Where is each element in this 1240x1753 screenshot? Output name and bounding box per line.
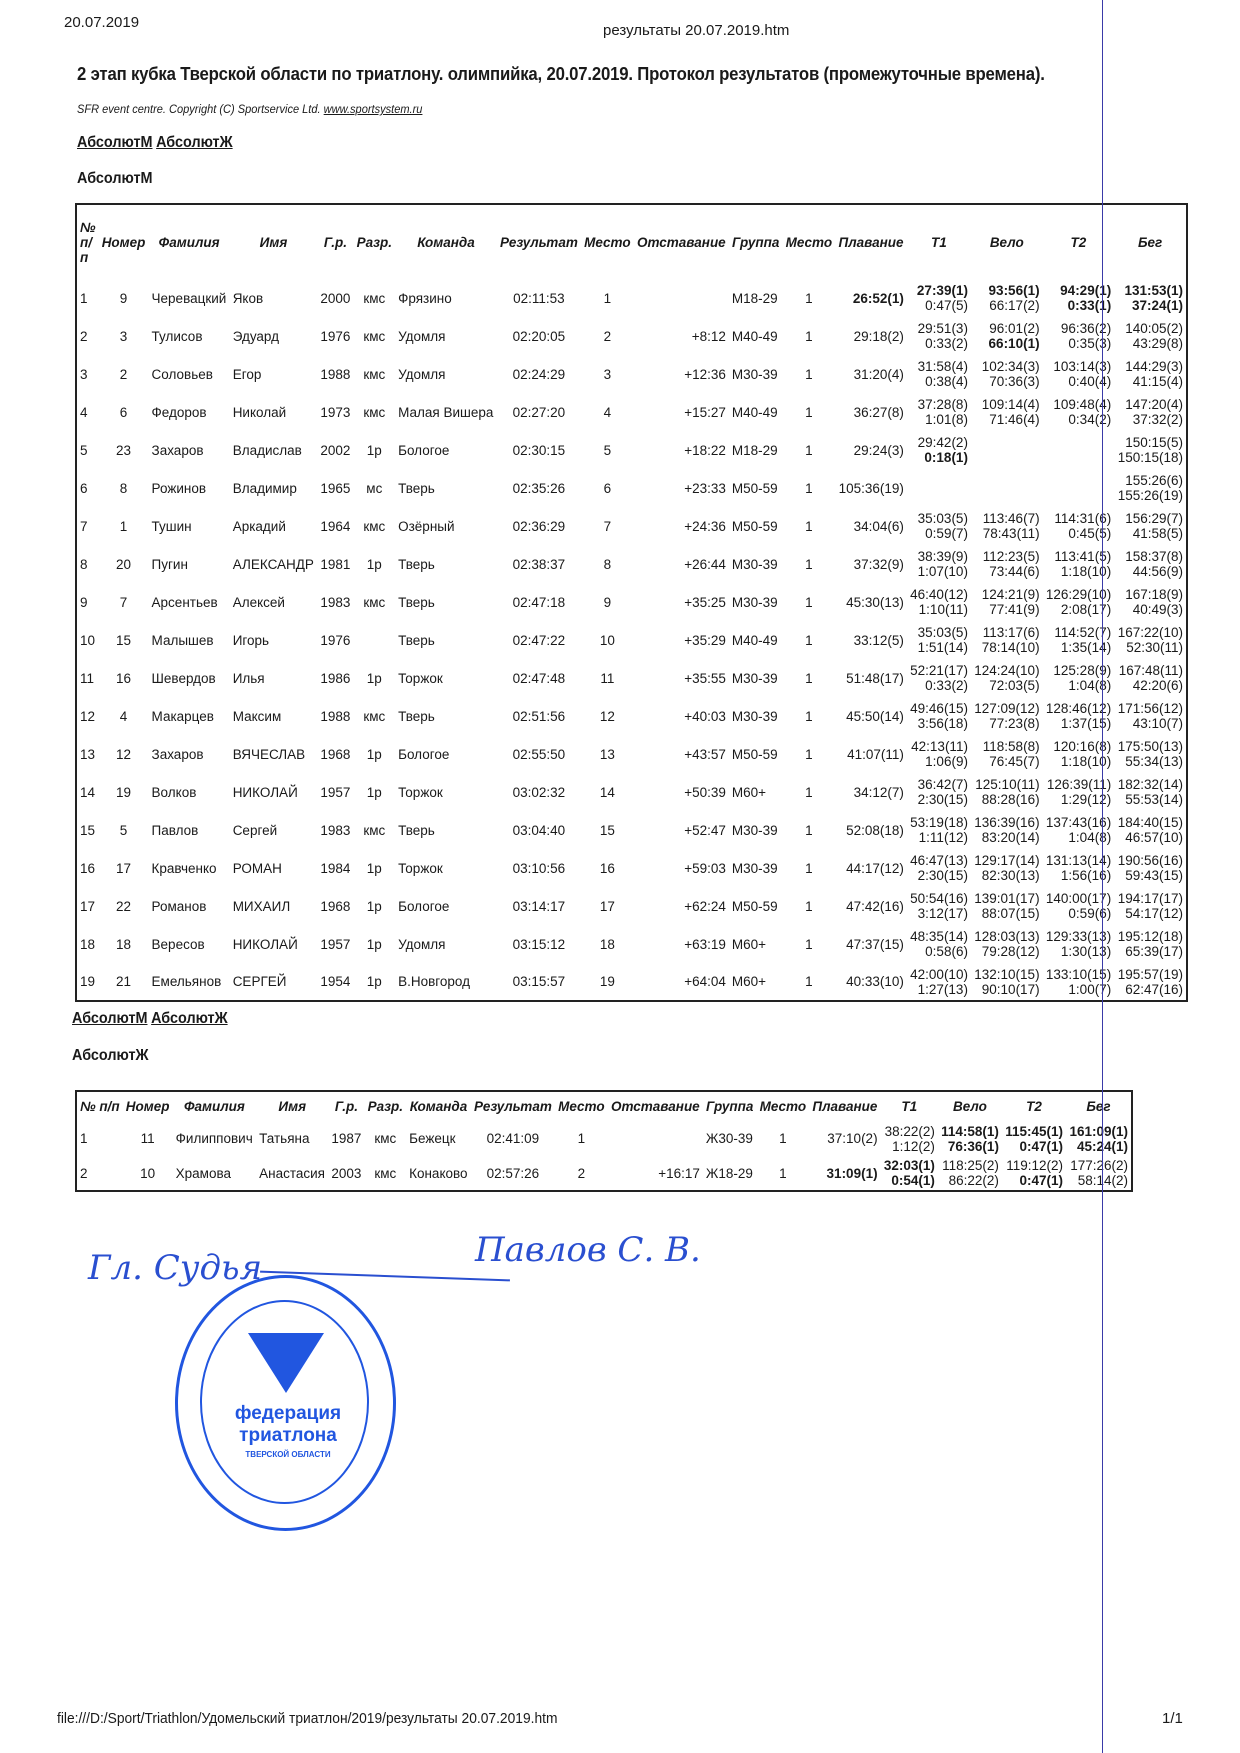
cell-yob: 1957 bbox=[317, 773, 353, 811]
cell-yob: 2003 bbox=[328, 1156, 364, 1191]
cell-run: 150:15(5)150:15(18) bbox=[1114, 431, 1187, 469]
cell-run: 167:22(10)52:30(11) bbox=[1114, 621, 1187, 659]
cell-swim: 47:42(16) bbox=[835, 887, 907, 925]
cell-t2: 119:12(2)0:47(1) bbox=[1002, 1156, 1066, 1191]
column-header: Номер bbox=[99, 204, 149, 279]
cell-gap: +59:03 bbox=[634, 849, 729, 887]
cell-last: Соловьев bbox=[149, 355, 230, 393]
column-header: Бег bbox=[1114, 204, 1187, 279]
cell-t1: 35:03(5)1:51(14) bbox=[907, 621, 971, 659]
cell-rank: 1р bbox=[354, 887, 396, 925]
cell-gplace: 1 bbox=[783, 545, 836, 583]
cell-group: M30-39 bbox=[729, 849, 783, 887]
cell-swim: 26:52(1) bbox=[835, 279, 907, 317]
cell-rank: 1р bbox=[354, 659, 396, 697]
cell-place: 2 bbox=[581, 317, 634, 355]
nav-link-absolute-w[interactable]: АбсолютЖ bbox=[151, 1010, 228, 1027]
results-table-women: № п/пНомерФамилияИмяГ.р.Разр.КомандаРезу… bbox=[75, 1090, 1133, 1192]
cell-last: Захаров bbox=[149, 431, 230, 469]
cell-group: M50-59 bbox=[729, 469, 783, 507]
cell-rank: 1р bbox=[354, 925, 396, 963]
cell-last: Храмова bbox=[173, 1156, 256, 1191]
cell-yob: 1984 bbox=[317, 849, 353, 887]
sportsystem-link[interactable]: www.sportsystem.ru bbox=[324, 102, 423, 116]
cell-swim: 31:20(4) bbox=[835, 355, 907, 393]
copyright: SFR event centre. Copyright (C) Sportser… bbox=[77, 102, 422, 116]
cell-group: M40-49 bbox=[729, 621, 783, 659]
nav-link-absolute-w[interactable]: АбсолютЖ bbox=[156, 134, 233, 151]
cell-first: Яков bbox=[230, 279, 318, 317]
cell-swim: 41:07(11) bbox=[835, 735, 907, 773]
table-row: 1722РомановМИХАИЛ19681рБологое03:14:1717… bbox=[76, 887, 1187, 925]
cell-first: Сергей bbox=[230, 811, 318, 849]
cell-team: Тверь bbox=[395, 697, 497, 735]
cell-t1: 36:42(7)2:30(15) bbox=[907, 773, 971, 811]
cell-bib: 3 bbox=[99, 317, 149, 355]
cell-gplace: 1 bbox=[783, 431, 836, 469]
cell-t2: 125:28(9)1:04(8) bbox=[1043, 659, 1115, 697]
cell-bike: 113:17(6)78:14(10) bbox=[971, 621, 1043, 659]
cell-first: Анастасия bbox=[256, 1156, 328, 1191]
cell-run: 171:56(12)43:10(7) bbox=[1114, 697, 1187, 735]
column-header: Отставание bbox=[634, 204, 729, 279]
cell-run: 144:29(3)41:15(4) bbox=[1114, 355, 1187, 393]
cell-first: РОМАН bbox=[230, 849, 318, 887]
nav-link-absolute-m[interactable]: АбсолютМ bbox=[77, 134, 153, 151]
cell-bike bbox=[971, 469, 1043, 507]
cell-group: M50-59 bbox=[729, 887, 783, 925]
cell-n: 15 bbox=[76, 811, 99, 849]
table-row: 68РожиновВладимир1965мсТверь02:35:266+23… bbox=[76, 469, 1187, 507]
column-header: Имя bbox=[256, 1091, 328, 1121]
cell-place: 1 bbox=[555, 1121, 608, 1156]
cell-bike bbox=[971, 431, 1043, 469]
column-header: Место bbox=[555, 1091, 608, 1121]
cell-rank: кмс bbox=[354, 393, 396, 431]
cell-run: 156:29(7)41:58(5) bbox=[1114, 507, 1187, 545]
cell-team: Бологое bbox=[395, 887, 497, 925]
cell-swim: 45:30(13) bbox=[835, 583, 907, 621]
table-row: 1419ВолковНИКОЛАЙ19571рТоржок03:02:3214+… bbox=[76, 773, 1187, 811]
cell-first: Алексей bbox=[230, 583, 318, 621]
cell-bib: 1 bbox=[99, 507, 149, 545]
cell-bib: 15 bbox=[99, 621, 149, 659]
cell-last: Кравченко bbox=[149, 849, 230, 887]
cell-t1: 50:54(16)3:12(17) bbox=[907, 887, 971, 925]
column-header: Результат bbox=[471, 1091, 555, 1121]
cell-gap bbox=[634, 279, 729, 317]
cell-last: Арсентьев bbox=[149, 583, 230, 621]
cell-t1: 48:35(14)0:58(6) bbox=[907, 925, 971, 963]
table-row: 1116ШевердовИлья19861рТоржок02:47:4811+3… bbox=[76, 659, 1187, 697]
cell-gplace: 1 bbox=[783, 811, 836, 849]
cell-swim: 29:18(2) bbox=[835, 317, 907, 355]
cell-gplace: 1 bbox=[783, 393, 836, 431]
column-header: Г.р. bbox=[328, 1091, 364, 1121]
cell-n: 1 bbox=[76, 279, 99, 317]
cell-yob: 1983 bbox=[317, 811, 353, 849]
section-title-men: АбсолютМ bbox=[77, 170, 153, 188]
cell-run: 177:26(2)58:14(2) bbox=[1066, 1156, 1132, 1191]
cell-n: 6 bbox=[76, 469, 99, 507]
cell-bike: 113:46(7)78:43(11) bbox=[971, 507, 1043, 545]
cell-t1: 49:46(15)3:56(18) bbox=[907, 697, 971, 735]
column-header: Группа bbox=[703, 1091, 757, 1121]
cell-gap: +64:04 bbox=[634, 963, 729, 1001]
column-header: Имя bbox=[230, 204, 318, 279]
table-row: 124МакарцевМаксим1988кмсТверь02:51:5612+… bbox=[76, 697, 1187, 735]
cell-result: 03:02:32 bbox=[497, 773, 581, 811]
cell-t1: 29:51(3)0:33(2) bbox=[907, 317, 971, 355]
column-header: Команда bbox=[395, 204, 497, 279]
cell-gap: +62:24 bbox=[634, 887, 729, 925]
cell-gplace: 1 bbox=[783, 697, 836, 735]
cell-gap: +43:57 bbox=[634, 735, 729, 773]
table-row: 210ХрамоваАнастасия2003кмсКонаково02:57:… bbox=[76, 1156, 1132, 1191]
cell-t2 bbox=[1043, 431, 1115, 469]
cell-run: 131:53(1)37:24(1) bbox=[1114, 279, 1187, 317]
cell-gplace: 1 bbox=[783, 735, 836, 773]
cell-last: Рожинов bbox=[149, 469, 230, 507]
cell-n: 5 bbox=[76, 431, 99, 469]
cell-n: 18 bbox=[76, 925, 99, 963]
cell-gap: +18:22 bbox=[634, 431, 729, 469]
cell-t2: 94:29(1)0:33(1) bbox=[1043, 279, 1115, 317]
cell-swim: 31:09(1) bbox=[809, 1156, 880, 1191]
cell-t2: 120:16(8)1:18(10) bbox=[1043, 735, 1115, 773]
cell-rank: 1р bbox=[354, 545, 396, 583]
cell-group: M30-39 bbox=[729, 583, 783, 621]
cell-t1: 42:13(11)1:06(9) bbox=[907, 735, 971, 773]
cell-team: Бологое bbox=[395, 431, 497, 469]
cell-n: 7 bbox=[76, 507, 99, 545]
cell-last: Тушин bbox=[149, 507, 230, 545]
cell-first: Эдуард bbox=[230, 317, 318, 355]
cell-group: M60+ bbox=[729, 925, 783, 963]
cell-place: 1 bbox=[581, 279, 634, 317]
cell-place: 11 bbox=[581, 659, 634, 697]
column-header: Место bbox=[757, 1091, 810, 1121]
column-header: №п/п bbox=[76, 204, 99, 279]
cell-bike: 93:56(1)66:17(2) bbox=[971, 279, 1043, 317]
cell-last: Вересов bbox=[149, 925, 230, 963]
column-header: Группа bbox=[729, 204, 783, 279]
cell-gap: +40:03 bbox=[634, 697, 729, 735]
cell-team: Тверь bbox=[395, 621, 497, 659]
cell-t2: 114:31(6)0:45(5) bbox=[1043, 507, 1115, 545]
cell-n: 17 bbox=[76, 887, 99, 925]
cell-rank: кмс bbox=[354, 317, 396, 355]
cell-rank: кмс bbox=[354, 811, 396, 849]
column-header: Отставание bbox=[608, 1091, 703, 1121]
cell-place: 4 bbox=[581, 393, 634, 431]
cell-gap: +24:36 bbox=[634, 507, 729, 545]
cell-bib: 4 bbox=[99, 697, 149, 735]
cell-result: 02:20:05 bbox=[497, 317, 581, 355]
cell-t2: 129:33(13)1:30(13) bbox=[1043, 925, 1115, 963]
cell-team: Бежецк bbox=[406, 1121, 471, 1156]
cell-gap: +23:33 bbox=[634, 469, 729, 507]
cell-result: 02:27:20 bbox=[497, 393, 581, 431]
cell-bib: 7 bbox=[99, 583, 149, 621]
cell-first: Татьяна bbox=[256, 1121, 328, 1156]
cell-rank: кмс bbox=[354, 355, 396, 393]
cell-gap: +35:29 bbox=[634, 621, 729, 659]
cell-t2: 115:45(1)0:47(1) bbox=[1002, 1121, 1066, 1156]
cell-result: 02:30:15 bbox=[497, 431, 581, 469]
cell-n: 8 bbox=[76, 545, 99, 583]
column-header: Результат bbox=[497, 204, 581, 279]
table-row: 1617КравченкоРОМАН19841рТоржок03:10:5616… bbox=[76, 849, 1187, 887]
cell-bib: 17 bbox=[99, 849, 149, 887]
cell-n: 19 bbox=[76, 963, 99, 1001]
cell-t1: 37:28(8)1:01(8) bbox=[907, 393, 971, 431]
section-title-women: АбсолютЖ bbox=[72, 1047, 149, 1065]
cell-group: M50-59 bbox=[729, 735, 783, 773]
cell-run: 147:20(4)37:32(2) bbox=[1114, 393, 1187, 431]
cell-gplace: 1 bbox=[757, 1121, 810, 1156]
column-header: Вело bbox=[971, 204, 1043, 279]
cell-result: 02:38:37 bbox=[497, 545, 581, 583]
cell-yob: 2002 bbox=[317, 431, 353, 469]
cell-bib: 10 bbox=[123, 1156, 173, 1191]
cell-group: M50-59 bbox=[729, 507, 783, 545]
cell-gplace: 1 bbox=[783, 317, 836, 355]
column-header: Разр. bbox=[354, 204, 396, 279]
cell-group: M40-49 bbox=[729, 393, 783, 431]
cell-yob: 1964 bbox=[317, 507, 353, 545]
cell-t1: 31:58(4)0:38(4) bbox=[907, 355, 971, 393]
cell-first: Максим bbox=[230, 697, 318, 735]
cell-place: 10 bbox=[581, 621, 634, 659]
cell-result: 02:35:26 bbox=[497, 469, 581, 507]
cell-bike: 129:17(14)82:30(13) bbox=[971, 849, 1043, 887]
cell-swim: 37:32(9) bbox=[835, 545, 907, 583]
cell-yob: 1988 bbox=[317, 697, 353, 735]
cell-t2: 133:10(15)1:00(7) bbox=[1043, 963, 1115, 1001]
cell-first: Илья bbox=[230, 659, 318, 697]
cell-bib: 22 bbox=[99, 887, 149, 925]
column-header: Г.р. bbox=[317, 204, 353, 279]
table-row: 523ЗахаровВладислав20021рБологое02:30:15… bbox=[76, 431, 1187, 469]
cell-gap: +26:44 bbox=[634, 545, 729, 583]
cell-team: Бологое bbox=[395, 735, 497, 773]
cell-bike: 102:34(3)70:36(3) bbox=[971, 355, 1043, 393]
cell-group: Ж30-39 bbox=[703, 1121, 757, 1156]
cell-place: 2 bbox=[555, 1156, 608, 1191]
cell-rank: 1р bbox=[354, 849, 396, 887]
cell-gplace: 1 bbox=[783, 659, 836, 697]
cell-place: 18 bbox=[581, 925, 634, 963]
cell-result: 02:55:50 bbox=[497, 735, 581, 773]
stamp-text-main: федерациятриатлона bbox=[223, 1403, 353, 1447]
cell-place: 12 bbox=[581, 697, 634, 735]
signature-stamp-area: Гл. Судья Павлов С. В. федерациятриатлон… bbox=[80, 1230, 780, 1560]
cell-first: Егор bbox=[230, 355, 318, 393]
cell-gap: +15:27 bbox=[634, 393, 729, 431]
cell-team: Тверь bbox=[395, 811, 497, 849]
cell-team: Фрязино bbox=[395, 279, 497, 317]
cell-bike: 109:14(4)71:46(4) bbox=[971, 393, 1043, 431]
cell-group: M40-49 bbox=[729, 317, 783, 355]
cell-last: Пугин bbox=[149, 545, 230, 583]
cell-bike: 124:24(10)72:03(5) bbox=[971, 659, 1043, 697]
column-header: Вело bbox=[938, 1091, 1002, 1121]
cell-last: Филиппович bbox=[173, 1121, 256, 1156]
column-header: Команда bbox=[406, 1091, 471, 1121]
cell-t2: 103:14(3)0:40(4) bbox=[1043, 355, 1115, 393]
cell-bib: 20 bbox=[99, 545, 149, 583]
cell-t1: 27:39(1)0:47(5) bbox=[907, 279, 971, 317]
cell-rank: кмс bbox=[354, 583, 396, 621]
cell-bib: 18 bbox=[99, 925, 149, 963]
cell-result: 02:51:56 bbox=[497, 697, 581, 735]
cell-first: Игорь bbox=[230, 621, 318, 659]
print-footer-path: file:///D:/Sport/Triathlon/Удомельский т… bbox=[57, 1710, 557, 1727]
cell-t1: 53:19(18)1:11(12) bbox=[907, 811, 971, 849]
cell-t2: 96:36(2)0:35(3) bbox=[1043, 317, 1115, 355]
cell-result: 03:10:56 bbox=[497, 849, 581, 887]
cell-team: Удомля bbox=[395, 355, 497, 393]
cell-last: Шевердов bbox=[149, 659, 230, 697]
cell-n: 2 bbox=[76, 317, 99, 355]
column-header: Бег bbox=[1066, 1091, 1132, 1121]
cell-first: НИКОЛАЙ bbox=[230, 773, 318, 811]
cell-last: Романов bbox=[149, 887, 230, 925]
cell-bib: 5 bbox=[99, 811, 149, 849]
table-row: 46ФедоровНиколай1973кмсМалая Вишера02:27… bbox=[76, 393, 1187, 431]
category-nav-bottom: АбсолютМАбсолютЖ bbox=[72, 1010, 231, 1028]
print-file-title: результаты 20.07.2019.htm bbox=[603, 22, 789, 39]
cell-gplace: 1 bbox=[783, 507, 836, 545]
cell-place: 19 bbox=[581, 963, 634, 1001]
cell-yob: 1983 bbox=[317, 583, 353, 621]
cell-swim: 36:27(8) bbox=[835, 393, 907, 431]
table-row: 1818ВересовНИКОЛАЙ19571рУдомля03:15:1218… bbox=[76, 925, 1187, 963]
federation-stamp: федерациятриатлона ТВЕРСКОЙ ОБЛАСТИ bbox=[175, 1275, 396, 1531]
cell-team: В.Новгород bbox=[395, 963, 497, 1001]
cell-gap: +8:12 bbox=[634, 317, 729, 355]
cell-t2: 131:13(14)1:56(16) bbox=[1043, 849, 1115, 887]
cell-result: 03:04:40 bbox=[497, 811, 581, 849]
table-row: 820ПугинАЛЕКСАНДР19811рТверь02:38:378+26… bbox=[76, 545, 1187, 583]
cell-t2: 126:39(11)1:29(12) bbox=[1043, 773, 1115, 811]
cell-n: 11 bbox=[76, 659, 99, 697]
cell-yob: 1954 bbox=[317, 963, 353, 1001]
cell-yob: 1968 bbox=[317, 887, 353, 925]
cell-result: 02:57:26 bbox=[471, 1156, 555, 1191]
cell-run: 140:05(2)43:29(8) bbox=[1114, 317, 1187, 355]
cell-first: СЕРГЕЙ bbox=[230, 963, 318, 1001]
cell-place: 15 bbox=[581, 811, 634, 849]
column-header: Место bbox=[783, 204, 836, 279]
cell-bib: 9 bbox=[99, 279, 149, 317]
cell-rank: кмс bbox=[354, 697, 396, 735]
cell-first: Владимир bbox=[230, 469, 318, 507]
column-header: T2 bbox=[1002, 1091, 1066, 1121]
cell-swim: 34:04(6) bbox=[835, 507, 907, 545]
cell-team: Конаково bbox=[406, 1156, 471, 1191]
cell-gap: +16:17 bbox=[608, 1156, 703, 1191]
cell-result: 02:11:53 bbox=[497, 279, 581, 317]
cell-run: 155:26(6)155:26(19) bbox=[1114, 469, 1187, 507]
table-row: 1015МалышевИгорь1976Тверь02:47:2210+35:2… bbox=[76, 621, 1187, 659]
cell-bike: 118:58(8)76:45(7) bbox=[971, 735, 1043, 773]
cell-gap: +63:19 bbox=[634, 925, 729, 963]
cell-place: 7 bbox=[581, 507, 634, 545]
cell-t2: 109:48(4)0:34(2) bbox=[1043, 393, 1115, 431]
cell-rank: кмс bbox=[365, 1121, 407, 1156]
cell-gap: +50:39 bbox=[634, 773, 729, 811]
cell-yob: 1987 bbox=[328, 1121, 364, 1156]
cell-n: 13 bbox=[76, 735, 99, 773]
cell-t1: 52:21(17)0:33(2) bbox=[907, 659, 971, 697]
column-header: Разр. bbox=[365, 1091, 407, 1121]
cell-rank: 1р bbox=[354, 431, 396, 469]
cell-gplace: 1 bbox=[783, 355, 836, 393]
cell-swim: 37:10(2) bbox=[809, 1121, 880, 1156]
table-row: 23ТулисовЭдуард1976кмсУдомля02:20:052+8:… bbox=[76, 317, 1187, 355]
cell-last: Малышев bbox=[149, 621, 230, 659]
nav-link-absolute-m[interactable]: АбсолютМ bbox=[72, 1010, 148, 1027]
cell-rank: 1р bbox=[354, 963, 396, 1001]
cell-last: Макарцев bbox=[149, 697, 230, 735]
table-row: 32СоловьевЕгор1988кмсУдомля02:24:293+12:… bbox=[76, 355, 1187, 393]
cell-bib: 12 bbox=[99, 735, 149, 773]
cell-bike: 96:01(2)66:10(1) bbox=[971, 317, 1043, 355]
cell-yob: 1965 bbox=[317, 469, 353, 507]
cell-run: 184:40(15)46:57(10) bbox=[1114, 811, 1187, 849]
cell-t2: 137:43(16)1:04(8) bbox=[1043, 811, 1115, 849]
cell-run: 194:17(17)54:17(12) bbox=[1114, 887, 1187, 925]
cell-rank: кмс bbox=[354, 279, 396, 317]
cell-result: 02:47:18 bbox=[497, 583, 581, 621]
cell-n: 4 bbox=[76, 393, 99, 431]
cell-gap: +12:36 bbox=[634, 355, 729, 393]
cell-bike: 128:03(13)79:28(12) bbox=[971, 925, 1043, 963]
cell-result: 02:47:22 bbox=[497, 621, 581, 659]
cell-run: 158:37(8)44:56(9) bbox=[1114, 545, 1187, 583]
column-header: № п/п bbox=[76, 1091, 123, 1121]
cell-rank: кмс bbox=[365, 1156, 407, 1191]
cell-yob: 1973 bbox=[317, 393, 353, 431]
cell-run: 195:12(18)65:39(17) bbox=[1114, 925, 1187, 963]
cell-team: Тверь bbox=[395, 545, 497, 583]
cell-place: 5 bbox=[581, 431, 634, 469]
cell-n: 1 bbox=[76, 1121, 123, 1156]
cell-gap bbox=[608, 1121, 703, 1156]
cell-place: 3 bbox=[581, 355, 634, 393]
judge-name: Павлов С. В. bbox=[475, 1230, 701, 1270]
cell-t1: 46:47(13)2:30(15) bbox=[907, 849, 971, 887]
cell-yob: 1976 bbox=[317, 621, 353, 659]
cell-last: Федоров bbox=[149, 393, 230, 431]
cell-t2: 128:46(12)1:37(15) bbox=[1043, 697, 1115, 735]
cell-group: M18-29 bbox=[729, 279, 783, 317]
column-header: Номер bbox=[123, 1091, 173, 1121]
column-header: Место bbox=[581, 204, 634, 279]
column-header: T2 bbox=[1043, 204, 1115, 279]
cell-gplace: 1 bbox=[783, 469, 836, 507]
cell-gplace: 1 bbox=[783, 963, 836, 1001]
cell-first: МИХАИЛ bbox=[230, 887, 318, 925]
cell-swim: 34:12(7) bbox=[835, 773, 907, 811]
cell-yob: 1988 bbox=[317, 355, 353, 393]
chief-judge-label: Гл. Судья bbox=[88, 1248, 262, 1288]
cell-result: 02:36:29 bbox=[497, 507, 581, 545]
stamp-text-region: ТВЕРСКОЙ ОБЛАСТИ bbox=[223, 1450, 353, 1459]
cell-team: Малая Вишера bbox=[395, 393, 497, 431]
